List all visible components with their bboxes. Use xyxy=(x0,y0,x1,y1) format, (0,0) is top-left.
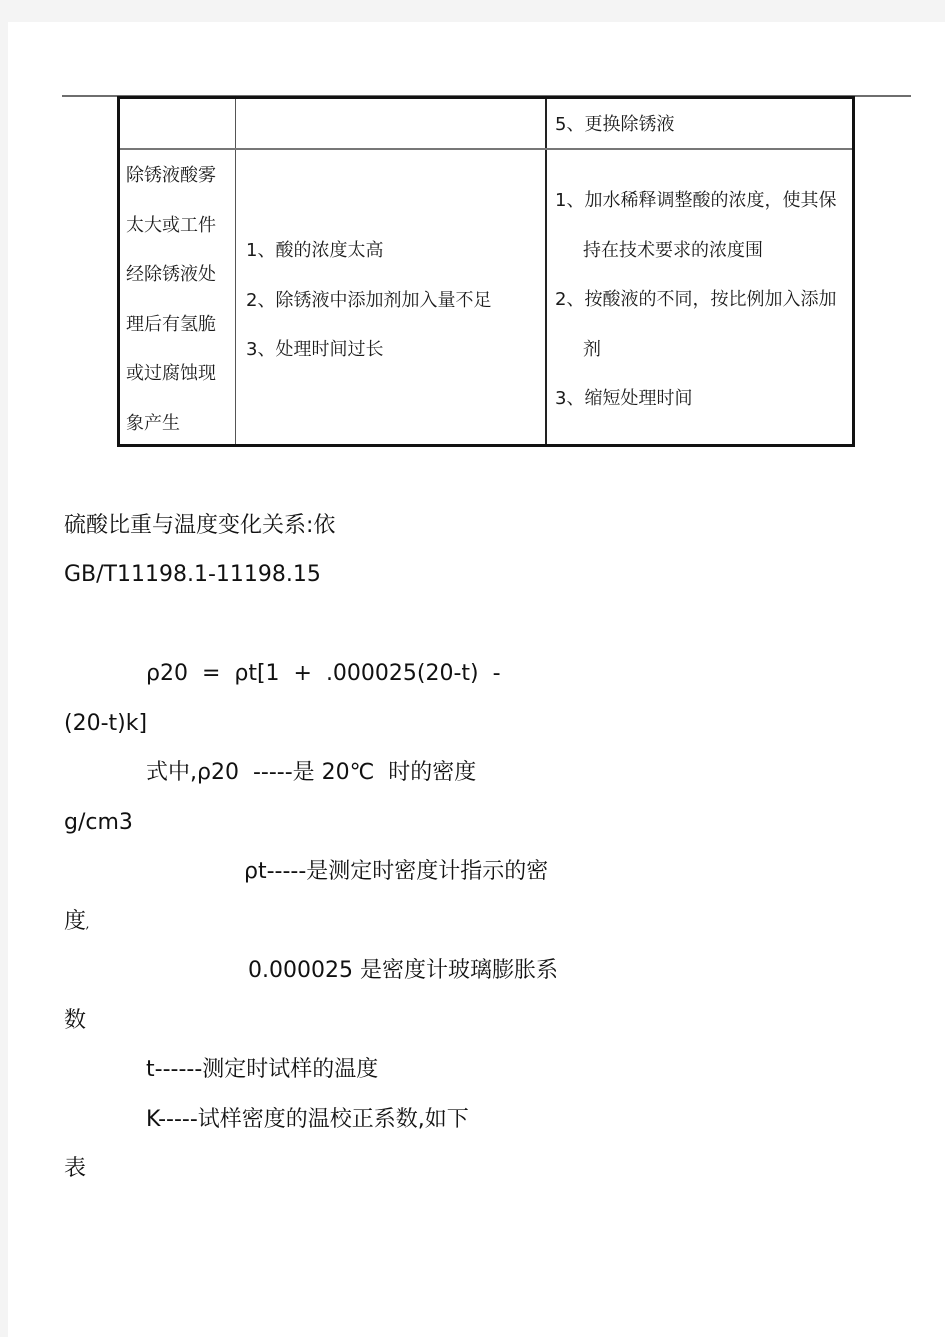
definition-t: t------测定时试样的温度 xyxy=(146,1055,378,1085)
definition-k: K-----试样密度的温校正系数,如下 xyxy=(146,1105,469,1135)
definition-coefficient: 0.000025 是密度计玻璃膨胀系 xyxy=(248,956,558,986)
table-cell-symptom: 除锈液酸雾 太大或工件 经除锈液处 理后有氢脆 或过腐蚀现 象产生 xyxy=(126,151,216,449)
symptom-line: 经除锈液处 xyxy=(126,250,216,300)
remedy-item-continued: 持在技术要求的浓度围 xyxy=(555,226,836,276)
definition-rhot: ρt-----是测定时密度计指示的密 xyxy=(244,857,548,887)
symptom-line: 或过腐蚀现 xyxy=(126,349,216,399)
cause-item: 3、处理时间过长 xyxy=(246,325,491,375)
column-divider-1 xyxy=(235,99,236,444)
remedy-item: 1、加水稀释调整酸的浓度，使其保 xyxy=(555,176,836,226)
row-divider xyxy=(120,148,852,150)
cause-item: 2、除锈液中添加剂加入量不足 xyxy=(246,276,491,326)
column-divider-2 xyxy=(545,99,547,444)
remedy-item: 2、按酸液的不同，按比例加入添加 xyxy=(555,275,836,325)
symptom-line: 理后有氢脆 xyxy=(126,300,216,350)
definition-rhot-text: 度 xyxy=(64,909,86,934)
section-heading: 硫酸比重与温度变化关系:依 xyxy=(64,511,335,541)
definition-rhot-continued: 度, xyxy=(64,907,90,939)
table-cell-remedies: 1、加水稀释调整酸的浓度，使其保 持在技术要求的浓度围 2、按酸液的不同，按比例… xyxy=(555,176,836,424)
definition-coefficient-continued: 数 xyxy=(64,1006,86,1036)
symptom-line: 太大或工件 xyxy=(126,201,216,251)
cause-item: 1、酸的浓度太高 xyxy=(246,226,491,276)
table-cell-causes: 1、酸的浓度太高 2、除锈液中添加剂加入量不足 3、处理时间过长 xyxy=(246,226,491,375)
definition-rho20-unit: g/cm3 xyxy=(64,808,133,838)
standard-reference: GB/T11198.1-11198.15 xyxy=(64,560,321,590)
remedy-item: 3、缩短处理时间 xyxy=(555,374,836,424)
formula-line-continued: (20-t)k] xyxy=(64,709,147,739)
symptom-line: 象产生 xyxy=(126,399,216,449)
table-cell-top-remedy: 5、更换除锈液 xyxy=(555,100,674,150)
definition-rhot-comma: , xyxy=(86,917,90,931)
definition-k-continued: 表 xyxy=(64,1154,86,1184)
symptom-line: 除锈液酸雾 xyxy=(126,151,216,201)
formula-line: ρ20 = ρt[1 + .000025(20-t) - xyxy=(146,659,501,689)
definition-rho20: 式中,ρ20 -----是 20℃ 时的密度 xyxy=(146,758,476,788)
remedy-item-continued: 剂 xyxy=(555,325,836,375)
